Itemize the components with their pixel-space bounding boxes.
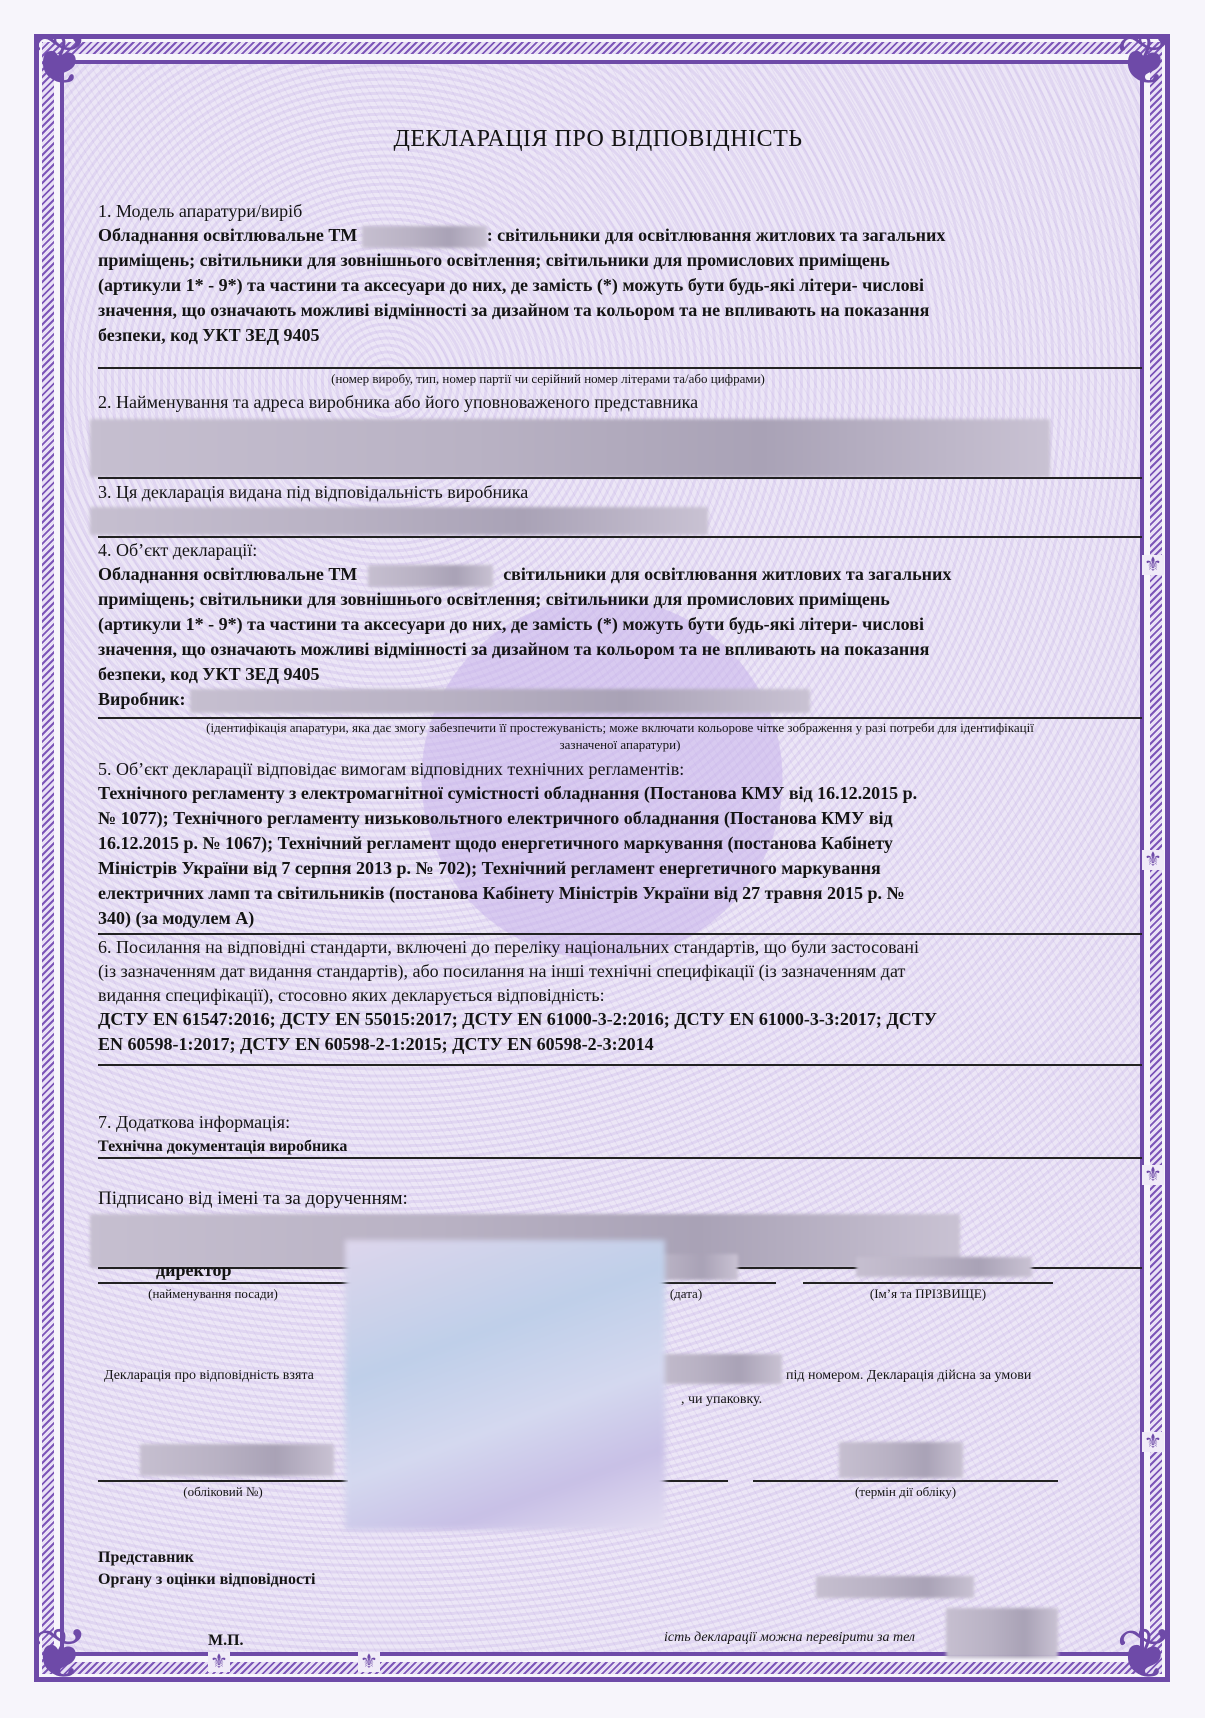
- section-4: 4. Об’єкт декларації: Обладнання освітлю…: [98, 538, 1140, 713]
- section-1-line-2: приміщень; світильники для зовнішнього о…: [98, 248, 1140, 273]
- section-6-label: видання специфікації), стосовно яких дек…: [98, 983, 1140, 1007]
- verify-text: ість декларації можна перевірити за тел: [664, 1630, 915, 1646]
- redacted-manufacturer-name: [190, 689, 810, 713]
- section-6-underline: [98, 1064, 1142, 1066]
- position-caption: (найменування посади): [98, 1286, 328, 1302]
- section-4-note: (ідентифікація апаратури, яка дає змогу …: [98, 719, 1142, 753]
- section-4-line-4: значення, що означають можливі відміннос…: [98, 637, 1140, 662]
- document-title: ДЕКЛАРАЦІЯ ПРО ВІДПОВІДНІСТЬ: [98, 126, 1098, 153]
- ornament-corner-icon: ❦: [20, 22, 100, 102]
- ornament-side-icon: ⚜: [1142, 555, 1164, 575]
- ornament-corner-icon: ❦: [20, 1616, 100, 1696]
- term-caption: (термін дії обліку): [753, 1484, 1058, 1500]
- registration-text-middle: під номером. Декларація дійсна за умови: [786, 1368, 1031, 1384]
- redacted-trademark: [368, 565, 493, 587]
- representative-label: Представник Органу з оцінки відповідност…: [98, 1547, 315, 1591]
- redacted-phone: [946, 1608, 1058, 1658]
- account-line: [98, 1480, 348, 1482]
- section-4-label: 4. Об’єкт декларації:: [98, 538, 1140, 562]
- section-1: 1. Модель апаратури/виріб Обладнання осв…: [98, 199, 1140, 348]
- section-3-label: 3. Ця декларація видана під відповідальн…: [98, 480, 1140, 504]
- section-5-line: 340) (за модулем А): [98, 906, 1140, 931]
- position-line: [98, 1282, 328, 1284]
- section-4-line-1: Обладнання освітлювальне ТМ світильники …: [98, 562, 1140, 587]
- section-6-label: (із зазначенням дат видання стандартів),…: [98, 959, 1140, 983]
- section-4-line-2: приміщень; світильники для зовнішнього о…: [98, 587, 1140, 612]
- signature-label: Підписано від імені та за дорученням:: [98, 1187, 1140, 1211]
- section-6-standards: ДСТУ EN 61547:2016; ДСТУ EN 55015:2017; …: [98, 1007, 1140, 1032]
- ornament-side-icon: ⚜: [208, 1652, 230, 1672]
- section-4-line-3: (артикули 1* - 9*) та частини та аксесуа…: [98, 612, 1140, 637]
- redacted-representative: [816, 1576, 974, 1598]
- section-6-label: 6. Посилання на відповідні стандарти, вк…: [98, 935, 1140, 959]
- redacted-term: [839, 1442, 963, 1478]
- ornament-corner-icon: ❦: [1105, 22, 1185, 102]
- registration-line: [658, 1480, 728, 1482]
- section-7-underline: [98, 1157, 1142, 1159]
- section-4-line-5: безпеки, код УКТ ЗЕД 9405: [98, 662, 1140, 687]
- section-5-line: електричних ламп та світильників (постан…: [98, 881, 1140, 906]
- section-7-value: Технічна документація виробника: [98, 1134, 1140, 1159]
- section-5-line: Технічного регламенту з електромагнітної…: [98, 781, 1140, 806]
- section-1-line-1: Обладнання освітлювальне ТМ : світильник…: [98, 223, 1140, 248]
- ornament-side-icon: ⚜: [1142, 1165, 1164, 1185]
- redacted-stamp-seal: [345, 1240, 665, 1530]
- registration-text-end: , чи упаковку.: [681, 1392, 762, 1408]
- redacted-manufacturer-address: [90, 419, 1050, 477]
- representative-stamp-label: М.П.: [208, 1628, 244, 1653]
- section-5: 5. Об’єкт декларації відповідає вимогам …: [98, 757, 1140, 931]
- ornament-side-icon: ⚜: [1142, 1432, 1164, 1452]
- redacted-name: [856, 1257, 1032, 1277]
- section-2-label: 2. Найменування та адреса виробника або …: [98, 390, 1140, 414]
- section-7-label: 7. Додаткова інформація:: [98, 1110, 1140, 1134]
- ornament-side-icon: ⚜: [1142, 850, 1164, 870]
- section-6-standards: EN 60598-1:2017; ДСТУ EN 60598-2-1:2015;…: [98, 1032, 1140, 1057]
- section-5-line: № 1077); Технічного регламенту низьковол…: [98, 806, 1140, 831]
- term-line: [753, 1480, 1058, 1482]
- redacted-account-number: [140, 1444, 334, 1476]
- section-6: 6. Посилання на відповідні стандарти, вк…: [98, 935, 1140, 1057]
- section-4-manufacturer: Виробник:: [98, 687, 1140, 713]
- ornament-corner-icon: ❦: [1105, 1616, 1185, 1696]
- section-5-line: Міністрів України від 7 серпня 2013 р. №…: [98, 856, 1140, 881]
- registration-text-start: Декларація про відповідність взята: [104, 1368, 314, 1384]
- ornament-side-icon: ⚜: [358, 1652, 380, 1672]
- section-2-underline: [98, 477, 1142, 479]
- section-1-note: (номер виробу, тип, номер партії чи сері…: [98, 370, 998, 387]
- redacted-trademark: [362, 226, 487, 248]
- redacted-manufacturer: [90, 507, 708, 535]
- section-1-line-4: значення, що означають можливі відміннос…: [98, 298, 1140, 323]
- name-line: [803, 1282, 1053, 1284]
- position-value: директор: [156, 1258, 231, 1283]
- account-caption: (обліковий №): [98, 1484, 348, 1500]
- section-7: 7. Додаткова інформація: Технічна докуме…: [98, 1110, 1140, 1159]
- section-5-label: 5. Об’єкт декларації відповідає вимогам …: [98, 757, 1140, 781]
- section-1-label: 1. Модель апаратури/виріб: [98, 199, 1140, 223]
- section-5-line: 16.12.2015 р. № 1067); Технічний регламе…: [98, 831, 1140, 856]
- section-1-line-3: (артикули 1* - 9*) та частини та аксесуа…: [98, 273, 1140, 298]
- name-caption: (Ім’я та ПРІЗВИЩЕ): [803, 1286, 1053, 1302]
- section-1-underline: [98, 367, 1142, 369]
- section-1-line-5: безпеки, код УКТ ЗЕД 9405: [98, 323, 1140, 348]
